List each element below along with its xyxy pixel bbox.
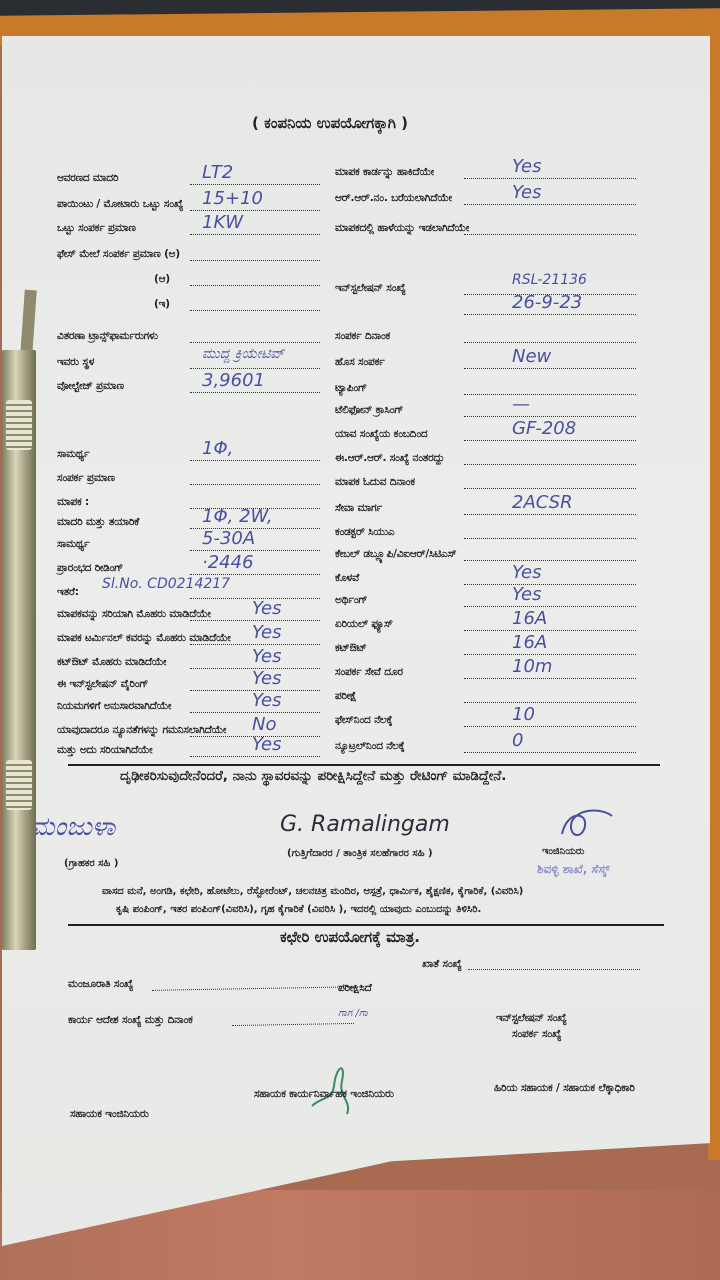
field-label: ಮಾಪಕದಲ್ಲಿ ಹಾಳೆಯನ್ನು ಇಡಲಾಗಿದೆಯೇ — [335, 222, 469, 235]
field-label: ಪ್ರಾರಂಭದ ರೀಡಿಂಗ್ — [57, 562, 123, 575]
field-value: New — [512, 346, 551, 367]
field-label: ಫೇಸ್ ಮೇಲೆ ಸಂಪರ್ಕ ಪ್ರಮಾಣ (ಅ) — [57, 248, 180, 261]
field-input-line[interactable] — [190, 712, 320, 713]
field-input-line[interactable] — [190, 460, 320, 461]
field-value: 26-9-23 — [512, 292, 582, 313]
field-value: 0 — [512, 730, 523, 751]
field-label: ಕಟ್‌ಔಟ್ ಮೊಹರು ಮಾಡಿದೆಯೇ — [57, 656, 166, 669]
field-value: 16A — [512, 632, 547, 653]
field-input-line[interactable] — [464, 394, 636, 395]
field-label: ಕಂಡಕ್ಟರ್ ಸಿಯುಎ — [335, 526, 394, 539]
field-label: ನ್ಯೂಟ್ರಲ್‌ನಿಂದ ನೆಲಕ್ಕೆ — [335, 740, 405, 753]
field-label: ಟೆಲಿಫೋನ್ ಕ್ರಾಸಿಂಗ್ — [335, 404, 403, 417]
field-label: ಮತ್ತು ಅದು ಸರಿಯಾಗಿದೆಯೇ — [57, 744, 152, 757]
divider — [68, 764, 660, 766]
field-input-line[interactable] — [464, 584, 636, 585]
asst-exec-engineer-signature — [302, 1056, 362, 1116]
field-input-line[interactable] — [464, 702, 636, 703]
field-value: — — [512, 394, 530, 415]
field-input-line[interactable] — [464, 342, 636, 343]
field-value: 1Φ, — [202, 438, 233, 459]
field-value: Yes — [512, 562, 541, 583]
declaration-text: ದೃಢೀಕರಿಸುವುದೇನೆಂದರೆ, ನಾನು ಸ್ಥಾವರವನ್ನು ಪರ… — [120, 768, 506, 784]
field-label: ಮಾಪಕ : — [57, 496, 89, 509]
field-input-line[interactable] — [464, 416, 636, 417]
field-input-line[interactable] — [190, 550, 320, 551]
contractor-signature: G. Ramalingam — [280, 812, 450, 837]
field-input-line[interactable] — [190, 234, 320, 235]
field-label: ಆವರಣದ ಮಾದರಿ — [57, 172, 118, 185]
field-input-line[interactable] — [464, 488, 636, 489]
form-paper: ( ಕಂಪನಿಯ ಉಪಯೋಗಕ್ಕಾಗಿ ) ಆವರಣದ ಮಾದರಿLT2ಪಾಯ… — [2, 36, 710, 1246]
field-value: 16A — [512, 608, 547, 629]
field-input-line[interactable] — [464, 606, 636, 607]
field-value: ·2446 — [202, 552, 254, 573]
field-input-line[interactable] — [464, 204, 636, 205]
field-value: Yes — [252, 668, 281, 689]
field-label: (ಆ) — [154, 273, 170, 286]
field-label: ಕಟ್‌ಔಟ್ — [335, 642, 367, 655]
field-label: ಹೊಸ ಸಂಪರ್ಕ — [335, 356, 385, 369]
field-value: 3,9601 — [202, 370, 265, 391]
field-label: ಮಾಪಕ ಓದುವ ದಿನಾಂಕ — [335, 476, 415, 489]
field-input-line[interactable] — [464, 630, 636, 631]
customer-signature: ಮಂಜುಳಾ — [30, 812, 115, 843]
field-value: RSL-21136 — [512, 272, 587, 288]
office-use-heading: ಕಛೇರಿ ಉಪಯೋಗಕ್ಕೆ ಮಾತ್ರ. — [280, 928, 420, 946]
field-input-line[interactable] — [464, 678, 636, 679]
field-input-line[interactable] — [190, 285, 320, 286]
field-label: ಟ್ಯಾಪಿಂಗ್ — [335, 382, 367, 395]
field-input-line[interactable] — [464, 234, 636, 235]
premises-note-line2: ಕೃಷಿ ಪಂಪಿಂಗ್, ಇತರ ಪಂಪಿಂಗ್(ವಿವರಿಸಿ), ಗೃಹ … — [116, 904, 481, 915]
field-label: ಇವರು ಸ್ಥಳ — [57, 356, 94, 369]
field-value: 5-30A — [202, 528, 255, 549]
field-input-line[interactable] — [464, 538, 636, 539]
field-input-line[interactable] — [464, 514, 636, 515]
binder-clip-knob — [6, 760, 32, 810]
field-label: ಏರಿಯಲ್ ಫ್ಯೂಸ್ — [335, 618, 393, 631]
senior-asst-label: ಹಿರಿಯ ಸಹಾಯಕ / ಸಹಾಯಕ ಲೆಕ್ಕಾಧಿಕಾರಿ — [494, 1082, 635, 1095]
account-no-field[interactable] — [468, 969, 640, 970]
field-label: ಕೊಳವೆ — [335, 572, 359, 585]
field-value: 1KW — [202, 212, 243, 233]
work-order-field[interactable] — [232, 1023, 354, 1026]
field-input-line[interactable] — [190, 644, 320, 645]
field-label: ಪಾಯಿಂಟು / ಮೋಟಾರು ಒಟ್ಟು ಸಂಖ್ಯೆ — [57, 198, 183, 211]
field-input-line[interactable] — [190, 574, 320, 575]
field-label: ಫೇಸ್‌ನಿಂದ ನೆಲಕ್ಕೆ — [335, 714, 392, 727]
field-input-line[interactable] — [190, 184, 320, 185]
field-value: 15+10 — [202, 188, 263, 209]
asst-exec-engineer-label: ಸಹಾಯಕ ಕಾರ್ಯನಿರ್ವಾಹಕ ಇಂಜಿನಿಯರು — [254, 1088, 394, 1101]
field-label: ಸಾಮರ್ಥ್ಯ — [57, 448, 89, 461]
field-label: (ಇ) — [154, 298, 170, 311]
field-value: 10m — [512, 656, 552, 677]
field-label: ಇತರೆ: — [57, 586, 79, 599]
field-value: Yes — [252, 622, 281, 643]
premises-note-line1: ವಾಸದ ಮನೆ, ಅಂಗಡಿ, ಕಛೇರಿ, ಹೋಟೆಲು, ರೆಸ್ಟೋರೆ… — [102, 886, 523, 897]
field-label: ಮಾಪಕ ಕಾರ್ಡನ್ನು ಹಾಕಿದೆಯೇ — [335, 166, 434, 179]
field-label: ಒಟ್ಟು ಸಂಪರ್ಕ ಪ್ರಮಾಣ — [57, 222, 136, 235]
field-value: Sl.No. CD0214217 — [102, 576, 230, 592]
field-value: 1Φ, 2W, — [202, 506, 273, 527]
account-no-label: ಖಾತೆ ಸಂಖ್ಯೆ — [422, 958, 462, 971]
work-order-label: ಕಾರ್ಯ ಆದೇಶ ಸಂಖ್ಯೆ ಮತ್ತು ದಿನಾಂಕ — [68, 1014, 193, 1027]
field-label: ಯಾವ ಸಂಖ್ಯೆಯ ಕಂಬದಿಂದ — [335, 428, 428, 441]
field-input-line[interactable] — [190, 756, 320, 757]
field-input-line[interactable] — [464, 368, 636, 369]
field-input-line[interactable] — [464, 314, 636, 315]
checked-label: ಪರೀಕ್ಷಿಸಿದೆ — [338, 982, 372, 995]
field-value: Yes — [252, 690, 281, 711]
installation-no-label: ಇನ್‌ಸ್ಟಲೇಷನ್ ಸಂಖ್ಯೆ — [496, 1012, 567, 1025]
form-heading: ( ಕಂಪನಿಯ ಉಪಯೋಗಕ್ಕಾಗಿ ) — [252, 114, 408, 132]
field-input-line[interactable] — [190, 310, 320, 311]
work-order-value: ಗಾಗ /ಗಾ — [338, 1008, 368, 1019]
field-label: ಪರೀಕ್ಷೆ — [335, 690, 356, 703]
field-input-line[interactable] — [464, 440, 636, 441]
engineer-stamp: ಶಿವಳ್ಳಿ ಶಾಖೆ, ಸೆಸ್ಕ್ — [537, 862, 610, 877]
field-label: ಸೇವಾ ಮಾರ್ಗ — [335, 502, 382, 515]
field-label: ಈ ಇನ್‌ಸ್ಟಲೇಷನ್ ವೈರಿಂಗ್ — [57, 678, 148, 691]
field-value: 2ACSR — [512, 492, 573, 513]
connection-no-label: ಸಂಪರ್ಕ ಸಂಖ್ಯೆ — [512, 1028, 561, 1041]
field-input-line[interactable] — [190, 260, 320, 261]
engineer-signature — [557, 806, 617, 846]
field-label: ಮಾದರಿ ಮತ್ತು ತಯಾರಿಕೆ — [57, 516, 139, 529]
field-value: Yes — [512, 182, 541, 203]
field-label: ಸಂಪರ್ಕ ದಿನಾಂಕ — [335, 330, 390, 343]
field-label: ವಿತರಣಾ ಟ್ರಾನ್ಸ್‌ಫಾರ್ಮರುಗಳು — [57, 330, 158, 343]
field-label: ವೋಲ್ಟೇಜ್ ಪ್ರಮಾಣ — [57, 380, 124, 393]
field-label: ಕೇಬಲ್ ಡಬ್ಲ್ಯೂಪಿ/ವಿಐಆರ್/ಸಿಟಿಎಸ್ — [335, 548, 456, 561]
field-label: ಅರ್ಥಿಂಗ್ — [335, 594, 367, 607]
field-input-line[interactable] — [464, 178, 636, 179]
field-input-line[interactable] — [190, 368, 320, 369]
field-input-line[interactable] — [190, 620, 320, 621]
field-label: ಇನ್‌ಸ್ಟಲೇಷನ್ ಸಂಖ್ಯೆ — [335, 282, 406, 295]
field-value: Yes — [512, 156, 541, 177]
field-value: GF-208 — [512, 418, 576, 439]
field-label: ಸಂಪರ್ಕ ಸೇವೆ ದೂರ — [335, 666, 403, 679]
field-value: Yes — [512, 584, 541, 605]
binder-clip — [0, 290, 38, 960]
field-value: Yes — [252, 598, 281, 619]
field-value: ಮುದ್ದ ಕ್ರಿಯೇಟಿವ್ — [202, 346, 284, 362]
field-label: ನಿಯಮಗಳಿಗೆ ಅನುಸಾರವಾಗಿದೆಯೇ — [57, 700, 171, 713]
field-input-line[interactable] — [464, 464, 636, 465]
field-input-line[interactable] — [190, 484, 320, 485]
sanction-no-label: ಮಂಜೂರಾತಿ ಸಂಖ್ಯೆ — [68, 978, 133, 991]
field-label: ಸಂಪರ್ಕ ಪ್ರಮಾಣ — [57, 472, 115, 485]
sanction-no-field[interactable] — [152, 986, 364, 991]
contractor-signature-label: (ಗುತ್ತಿಗೆದಾರರ / ತಾಂತ್ರಿಕ ಸಲಹೆಗಾರರ ಸಹಿ ) — [287, 848, 433, 859]
field-input-line[interactable] — [190, 342, 320, 343]
field-input-line[interactable] — [464, 752, 636, 753]
engineer-label: ಇಂಜಿನಿಯರು — [542, 846, 584, 857]
field-value: No — [252, 714, 276, 735]
field-value: 10 — [512, 704, 535, 725]
field-input-line[interactable] — [190, 392, 320, 393]
binder-clip-knob — [6, 400, 32, 450]
field-value: Yes — [252, 646, 281, 667]
customer-signature-label: (ಗ್ರಾಹಕರ ಸಹಿ ) — [64, 858, 118, 869]
field-label: ಮಾಪಕವನ್ನು ಸರಿಯಾಗಿ ಮೊಹರು ಮಾಡಿದೆಯೇ — [57, 608, 211, 621]
field-input-line[interactable] — [464, 654, 636, 655]
field-input-line[interactable] — [190, 210, 320, 211]
field-label: ಈ.ಆರ್.ಆರ್. ಸಂಖ್ಯೆ ನಂತರದ್ದು — [335, 452, 444, 465]
field-input-line[interactable] — [464, 560, 636, 561]
asst-engineer-label: ಸಹಾಯಕ ಇಂಜಿನಿಯರು — [70, 1108, 149, 1121]
field-value: LT2 — [202, 162, 233, 183]
divider — [68, 924, 664, 926]
field-label: ಸಾಮರ್ಥ್ಯ — [57, 538, 89, 551]
field-value: Yes — [252, 734, 281, 755]
field-input-line[interactable] — [464, 726, 636, 727]
field-label: ಆರ್.ಆರ್.ನಂ. ಬರೆಯಲಾಗಿದೆಯೇ — [335, 192, 452, 205]
